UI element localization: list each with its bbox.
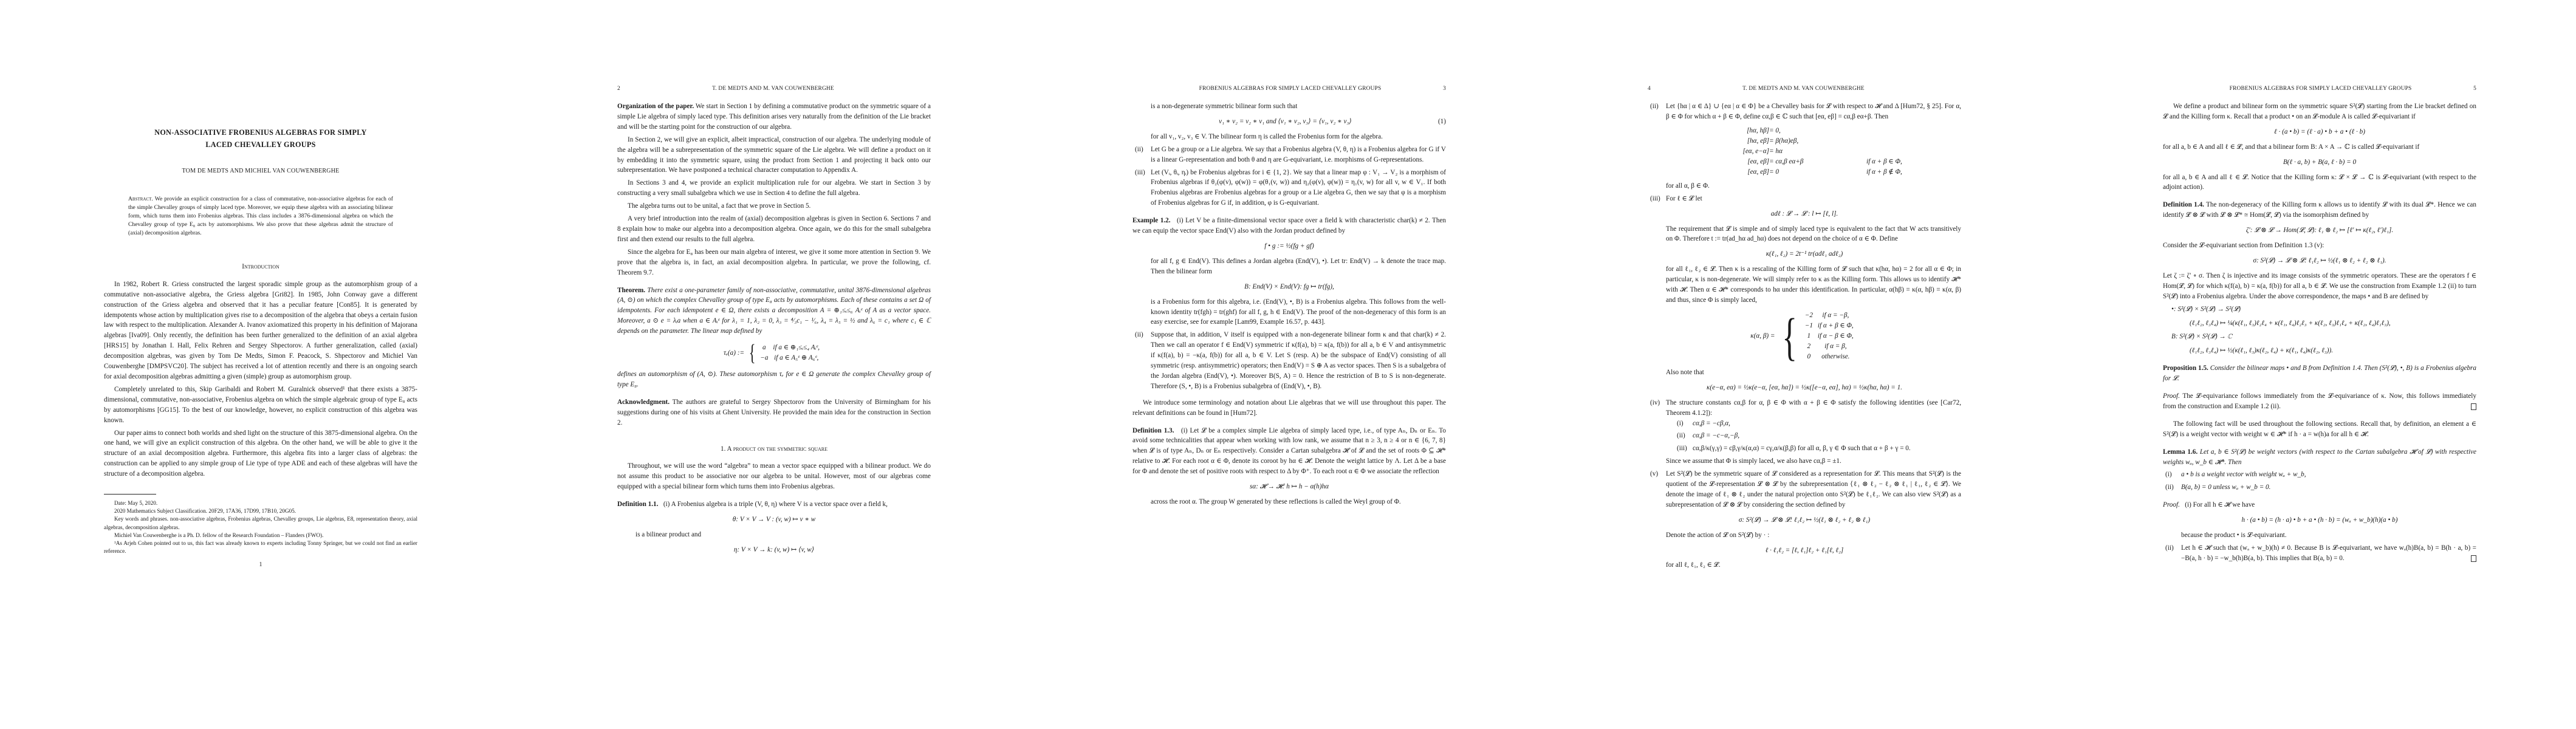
paragraph: The following fact will be used througho… [2163,419,2476,440]
proof: Proof. The 𝓛-equivariance follows immedi… [2163,391,2476,412]
paragraph: across the root α. The group W generated… [1132,497,1446,507]
lemma-label: Lemma 1.6. [2163,448,2197,456]
page-4: 4 T. DE MEDTS AND M. VAN COUWENBERGHE (i… [1546,0,2061,729]
equation-action: ℓ · ℓ₁ℓ₂ = [ℓ, ℓ₁]ℓ₂ + ℓ₁[ℓ, ℓ₂] [1648,546,1961,556]
item-text: The structure constants cα,β for α, β ∈ … [1666,399,1961,417]
list-item: (iii) For ℓ ∈ 𝓛 let [1648,194,1961,204]
theorem: Theorem. There exist a one-parameter fam… [617,286,931,337]
proof-text: For all h ∈ 𝓗 we have [2193,501,2255,508]
proof-label: Proof. [2163,392,2180,400]
list-item: (ii) Suppose that, in addition, V itself… [1132,330,1446,391]
relation-rhs: = 0, [1769,126,1842,136]
paragraph: Denote the action of 𝓛 on S²(𝓛) by · : [1648,530,1961,541]
list-item: (ii) Let {hα | α ∈ Δ} ∪ {eα | α ∈ Φ} be … [1648,101,1961,122]
list-item: (i) a • b is a weight vector with weight… [2163,470,2476,480]
paragraph: for all ℓ, ℓ₁, ℓ₂ ∈ 𝓛. [1648,560,1961,570]
run-in-heading: Organization of the paper. [617,103,694,110]
equation-jordan-product: f • g := ½(fg + gf) [1132,241,1446,252]
paragraph: Throughout, we will use the word “algebr… [617,461,931,492]
item-text: Let h ∈ 𝓗 such that (wₐ + w_b)(h) ≠ 0. B… [2181,544,2476,562]
paragraph: We define a product and bilinear form on… [2163,101,2476,122]
proposition-text: Consider the bilinear maps • and B from … [2163,364,2476,382]
paragraph: We introduce some terminology and notati… [1132,398,1446,419]
item-label: (ii) [1135,330,1143,340]
item-text: Let S²(𝓛) be the symmetric square of 𝓛 c… [1666,470,1961,508]
equation-zeta: ζ′: 𝓛 ⊗ 𝓛 → Hom(𝓛, 𝓛): ℓ₁ ⊗ ℓ₂ ↦ [ℓ′ ↦ κ… [2163,225,2476,236]
case-value: −2 [1805,310,1818,321]
item-label: (i) [1677,419,1684,429]
sub-list: (i)cα,β = −cβ,α, (ii)cα,β = −c−α,−β, (ii… [1674,419,1961,454]
example-label: Example 1.2. [1132,217,1171,224]
item-label: (i) [2185,501,2191,508]
equation-sigma: σ: S²(𝓛) → 𝓛 ⊗ 𝓛: ℓ₁ℓ₂ ↦ ½(ℓ₁ ⊗ ℓ₂ + ℓ₂ … [2163,256,2476,266]
theorem-text: There exist a one-parameter family of no… [617,287,931,335]
lemma-text: Let a, b ∈ S²(𝓛) be weight vectors (with… [2163,448,2476,466]
equation-equivariant-form: B(ℓ · a, b) + B(a, ℓ · b) = 0 [2163,157,2476,168]
proposition-1-5: Proposition 1.5. Consider the bilinear m… [2163,363,2476,384]
ack-label: Acknowledgment. [617,399,670,406]
item-text: a • b is a weight vector with weight wₐ … [2181,471,2306,478]
paragraph: is a non-degenerate symmetric bilinear f… [1132,101,1446,112]
abstract-text: We provide an explicit construction for … [128,196,393,236]
map-signature: •: S²(𝓛) × S²(𝓛) → S²(𝓛) [2171,304,2476,315]
paragraph: for all ℓ₁, ℓ₂ ∈ 𝓛. Then κ is a rescalin… [1648,264,1961,306]
map-formula: (ℓ₁ℓ₂, ℓ₃ℓ₄) ↦ ½(κ(ℓ₁, ℓ₃)κ(ℓ₂, ℓ₄) + κ(… [2171,346,2476,356]
theorem-continuation: defines an automorphism of (A, ⊙). These… [617,369,931,390]
definition-text: The non-degeneracy of the Killing form κ… [2163,201,2476,219]
item-text: Let (Vᵢ, θᵢ, ηᵢ) be Frobenius algebras f… [1151,169,1446,207]
acknowledgment: Acknowledgment. The authors are grateful… [617,397,931,428]
abstract-label: Abstract. [128,196,153,202]
definition-label: Definition 1.1. [617,501,658,508]
relation-lhs: [eα, eβ] [1696,157,1769,167]
map-bullet-definition: •: S²(𝓛) × S²(𝓛) → S²(𝓛) (ℓ₁ℓ₂, ℓ₃ℓ₄) ↦ … [2163,304,2476,357]
item-label: (ii) [2165,543,2174,553]
footnote-keywords: Key words and phrases. non-associative a… [104,515,417,531]
paragraph: for all v₁, v₂, v₃ ∈ V. The bilinear for… [1132,132,1446,142]
case-row: 0otherwise. [1805,352,1858,362]
definition-text: Let 𝓛 be a complex simple Lie algebra of… [1132,427,1446,476]
relation-condition: if α + β ∉ Φ, [1866,167,1902,177]
definition-1-1: Definition 1.1. (i) A Frobenius algebra … [617,499,931,510]
definition-label: Definition 1.3. [1132,427,1174,434]
proof-text: The 𝓛-equivariance follows immediately f… [2163,392,2476,410]
running-head: 4 T. DE MEDTS AND M. VAN COUWENBERGHE [1648,84,1961,92]
paragraph: because the product • is 𝓛-equivariant. [2163,530,2476,541]
paragraph: Also note that [1648,368,1961,378]
paragraph-organization: Organization of the paper. We start in S… [617,101,931,132]
item-text: cα,β = −c−α,−β, [1693,432,1739,439]
running-head: FROBENIUS ALGEBRAS FOR SIMPLY LACED CHEV… [1132,84,1446,92]
list-item: (ii) Let h ∈ 𝓗 such that (wₐ + w_b)(h) ≠… [2163,543,2476,564]
item-text: cα,β/κ(γ,γ) = cβ,γ/κ(α,α) = cγ,α/κ(β,β) … [1693,445,1911,452]
running-head: FROBENIUS ALGEBRAS FOR SIMPLY LACED CHEV… [2163,84,2476,92]
item-label: (i) [1177,217,1184,224]
section-heading-1: 1. A product on the symmetric square [617,444,931,454]
case-condition: if α − β ∈ Φ, [1818,331,1858,341]
paragraph: Since the algebra for E₈ has been our ma… [617,247,931,278]
equation-adjoint: adℓ : 𝓛 → 𝓛 : l ↦ [ℓ, l]. [1648,209,1961,219]
item-text: Let {hα | α ∈ Δ} ∪ {eα | α ∈ Φ} be a Che… [1666,103,1961,120]
case-row: aif a ∈ ⊕₁≤ᵢ≤₄ Aᵢᵉ, [760,343,824,353]
equation-number: (1) [1438,117,1446,127]
proof: Proof. (i) For all h ∈ 𝓗 we have [2163,500,2476,510]
paper-title-line-1: NON-ASSOCIATIVE FROBENIUS ALGEBRAS FOR S… [154,128,366,137]
case-value: 1 [1805,331,1818,341]
paragraph: for all a, b ∈ A and all ℓ ∈ 𝓛, and that… [2163,142,2476,152]
paragraph: The requirement that 𝓛 is simple and of … [1648,224,1961,245]
relation-rhs: = β(hα)eβ, [1769,136,1842,146]
list-item: (v) Let S²(𝓛) be the symmetric square of… [1648,469,1961,510]
case-condition: otherwise. [1818,352,1858,362]
definition-text: A Frobenius algebra is a triple (V, θ, η… [671,501,888,508]
paragraph: Completely unrelated to this, Skip Garib… [104,385,417,426]
case-condition: if α = β, [1818,341,1858,352]
page-5-text-column: FROBENIUS ALGEBRAS FOR SIMPLY LACED CHEV… [2163,84,2476,566]
paragraph: In 1982, Robert R. Griess constructed th… [104,279,417,382]
item-text: B(a, b) = 0 unless wₐ + w_b = 0. [2181,484,2270,491]
item-text: Suppose that, in addition, V itself is e… [1151,331,1446,390]
relation-row: [hα, hβ]= 0, [1696,126,1961,136]
case-condition: if α + β ∈ Φ, [1818,321,1858,331]
page-number: 3 [1443,84,1446,92]
list-item: (iii) Let (Vᵢ, θᵢ, ηᵢ) be Frobenius alge… [1132,168,1446,209]
definition-continuation: is a bilinear product and [617,530,931,540]
equation-section-sigma: σ: S²(𝓛) → 𝓛 ⊗ 𝓛: ℓ₁ℓ₂ ↦ ½(ℓ₁ ⊗ ℓ₂ + ℓ₂ … [1648,515,1961,525]
item-label: (ii) [2165,482,2174,493]
paragraph: for all α, β ∈ Φ. [1648,181,1961,191]
section-heading-introduction: Introduction [104,262,417,272]
paragraph: The algebra turns out to be unital, a fa… [617,201,931,211]
case-condition: if a ∈ A₅ᵉ ⊕ A₆ᵉ, [773,353,824,363]
paper-title-line-2: LACED CHEVALLEY GROUPS [205,140,315,149]
case-condition: if a ∈ ⊕₁≤ᵢ≤₄ Aᵢᵉ, [773,343,824,353]
footnote-1: ¹As Arjeh Cohen pointed out to us, this … [104,539,417,555]
piecewise-definition: τₑ(a) := { aif a ∈ ⊕₁≤ᵢ≤₄ Aᵢᵉ, −aif a ∈ … [724,341,824,364]
paragraph: Let ζ := ζ′ ∘ σ. Then ζ is injective and… [2163,271,2476,302]
case-value: a [760,343,773,353]
case-value: −1 [1805,321,1818,331]
running-head-authors: T. DE MEDTS AND M. VAN COUWENBERGHE [1651,84,1956,92]
relation-row: [eα, eβ]= 0if α + β ∉ Φ, [1696,167,1961,177]
item-text: Since we assume that Φ is simply laced, … [1666,457,1841,465]
relation-lhs: [eα, e−α] [1696,146,1769,157]
paragraph: for all a, b ∈ A and all ℓ ∈ 𝓛. Notice t… [2163,173,2476,193]
item-label: (i) [663,501,670,508]
relation-condition: if α + β ∈ Φ, [1866,157,1902,167]
relation-row: [hα, eβ]= β(hα)eβ, [1696,136,1961,146]
sub-list-item: (ii)cα,β = −c−α,−β, [1674,431,1961,441]
equation-text: v₁ ∗ v₂ = v₂ ∗ v₁ and ⟨v₁ ∗ v₂, v₃⟩ = ⟨v… [1219,118,1352,125]
case-row: −aif a ∈ A₅ᵉ ⊕ A₆ᵉ, [760,353,824,363]
page-5: FROBENIUS ALGEBRAS FOR SIMPLY LACED CHEV… [2061,0,2576,729]
case-value: 0 [1805,352,1818,362]
case-lhs: τₑ(a) := [724,348,744,358]
theorem-display-equation: τₑ(a) := { aif a ∈ ⊕₁≤ᵢ≤₄ Aᵢᵉ, −aif a ∈ … [617,341,931,364]
qed-square-icon [2471,403,2476,410]
case-condition: if α = −β, [1818,310,1858,321]
case-value: 2 [1805,341,1818,352]
equation-1: (1) v₁ ∗ v₂ = v₂ ∗ v₁ and ⟨v₁ ∗ v₂, v₃⟩ … [1132,117,1446,127]
footnote-msc: 2020 Mathematics Subject Classification.… [104,507,417,515]
chevalley-relations: [hα, hβ]= 0, [hα, eβ]= β(hα)eβ, [eα, e−α… [1696,126,1961,177]
cases-table: aif a ∈ ⊕₁≤ᵢ≤₄ Aᵢᵉ, −aif a ∈ A₅ᵉ ⊕ A₆ᵉ, [760,343,824,363]
proof-label: Proof. [2163,501,2180,508]
proposition-label: Proposition 1.5. [2163,364,2208,372]
page-3: FROBENIUS ALGEBRAS FOR SIMPLY LACED CHEV… [1030,0,1546,729]
page-4-text-column: 4 T. DE MEDTS AND M. VAN COUWENBERGHE (i… [1648,84,1961,573]
relation-row: [eα, eβ]= cα,β eα+βif α + β ∈ Φ, [1696,157,1961,167]
abstract: Abstract. We provide an explicit constru… [128,195,393,238]
sub-list-item: (iii)cα,β/κ(γ,γ) = cβ,γ/κ(α,α) = cγ,α/κ(… [1674,443,1961,454]
paragraph: In Section 2, we will give an explicit, … [617,135,931,176]
equation-equivariant-product: ℓ · (a • b) = (ℓ · a) • b + a • (ℓ · b) [2163,127,2476,137]
item-label: (iv) [1650,398,1660,408]
relation-lhs: [eα, eβ] [1696,167,1769,177]
running-head: 2 T. DE MEDTS AND M. VAN COUWENBERGHE [617,84,931,92]
map-formula: (ℓ₁ℓ₂, ℓ₃ℓ₄) ↦ ¼(κ(ℓ₁, ℓ₃)ℓ₂ℓ₄ + κ(ℓ₁, ℓ… [2171,318,2476,329]
running-head-title: FROBENIUS ALGEBRAS FOR SIMPLY LACED CHEV… [2168,84,2473,92]
qed-square-icon [2471,555,2476,562]
footnote-funding: Michiel Van Couwenberghe is a Ph. D. fel… [104,532,417,539]
lemma-1-6: Lemma 1.6. Let a, b ∈ S²(𝓛) be weight ve… [2163,447,2476,468]
equation-eta: η: V × V → k: (v, w) ↦ ⟨v, w⟩ [617,545,931,555]
equation-killing-form: κ(ℓ₁, ℓ₂) = 2t⁻¹ tr(adℓ₁ adℓ₂) [1648,249,1961,259]
item-label: (iii) [1135,168,1145,178]
page-1: NON-ASSOCIATIVE FROBENIUS ALGEBRAS FOR S… [0,0,515,729]
equation-theta: θ: V × V → V : (v, w) ↦ v ∗ w [617,515,931,525]
running-head-title: FROBENIUS ALGEBRAS FOR SIMPLY LACED CHEV… [1137,84,1443,92]
relation-rhs: = hα [1769,146,1842,157]
left-brace-icon: { [749,341,756,364]
case-row: −1if α + β ∈ Φ, [1805,321,1858,331]
relation-rhs: = cα,β eα+β [1769,157,1842,167]
case-row: −2if α = −β, [1805,310,1858,321]
page-3-text-column: FROBENIUS ALGEBRAS FOR SIMPLY LACED CHEV… [1132,84,1446,510]
case-value: −a [760,353,773,363]
page-2-text-column: 2 T. DE MEDTS AND M. VAN COUWENBERGHE Or… [617,84,931,560]
item-text: Let G be a group or a Lie algebra. We sa… [1151,146,1446,163]
item-label: (ii) [1135,145,1143,155]
relation-lhs: [hα, hβ] [1696,126,1769,136]
item-label: (ii) [1677,431,1685,441]
case-row: 1if α − β ∈ Φ, [1805,331,1858,341]
case-row: 2if α = β, [1805,341,1858,352]
running-head-authors: T. DE MEDTS AND M. VAN COUWENBERGHE [620,84,926,92]
relation-rhs: = 0 [1769,167,1842,177]
equation-weight: h · (a • b) = (h · a) • b + a • (h · b) … [2163,515,2476,525]
paper-title: NON-ASSOCIATIVE FROBENIUS ALGEBRAS FOR S… [104,126,417,151]
item-text: For ℓ ∈ 𝓛 let [1666,195,1702,202]
paragraph: for all f, g ∈ End(V). This defines a Jo… [1132,256,1446,277]
definition-1-4: Definition 1.4. The non-degeneracy of th… [2163,200,2476,221]
page-number: 1 [104,560,417,570]
cases-table: −2if α = −β, −1if α + β ∈ Φ, 1if α − β ∈… [1805,310,1858,362]
paragraph: is a Frobenius form for this algebra, i.… [1132,297,1446,328]
item-label: (i) [2165,470,2172,480]
item-label: (ii) [1650,101,1659,112]
equation-reflection: sα: 𝓗 → 𝓗: h ↦ h − α(h)hα [1132,482,1446,492]
paragraph: Our paper aims to connect both worlds an… [104,428,417,480]
paragraph: A very brief introduction into the realm… [617,214,931,245]
case-lhs: κ(α, β) = [1750,331,1775,341]
author-list: TOM DE MEDTS AND MICHIEL VAN COUWENBERGH… [104,166,417,177]
list-item: (ii) B(a, b) = 0 unless wₐ + w_b = 0. [2163,482,2476,493]
definition-1-3: Definition 1.3. (i) Let 𝓛 be a complex s… [1132,426,1446,477]
definition-label: Definition 1.4. [2163,201,2204,208]
paragraph: Consider the 𝓛-equivariant section from … [2163,241,2476,251]
item-label: (v) [1650,469,1658,479]
example-1-2: Example 1.2. (i) Let V be a finite-dimen… [1132,216,1446,236]
footnote-rule [104,494,156,495]
left-brace-icon: { [1783,310,1798,363]
item-text: cα,β = −cβ,α, [1693,420,1730,427]
relation-row: [eα, e−α]= hα [1696,146,1961,157]
item-label: (i) [1181,427,1188,434]
page-2: 2 T. DE MEDTS AND M. VAN COUWENBERGHE Or… [515,0,1030,729]
map-signature: B: S²(𝓛) × S²(𝓛) → ℂ [2171,332,2476,342]
relation-lhs: [hα, eβ] [1696,136,1769,146]
item-label: (iii) [1650,194,1660,204]
theorem-label: Theorem. [617,287,645,294]
item-label: (iii) [1677,443,1687,454]
sub-list-item: (i)cα,β = −cβ,α, [1674,419,1961,429]
page-1-text-column: NON-ASSOCIATIVE FROBENIUS ALGEBRAS FOR S… [104,126,417,570]
equation-trace-form: B: End(V) × End(V): fg ↦ tr(fg), [1132,282,1446,292]
paragraph: In Sections 3 and 4, we provide an expli… [617,178,931,199]
page-number: 5 [2473,84,2476,92]
list-item: (ii) Let G be a group or a Lie algebra. … [1132,145,1446,165]
equation-kappa-identity: κ(e−α, eα) = ½κ(e−α, [eα, hα]) = ½κ([e−α… [1648,383,1961,393]
list-item: (iv) The structure constants cα,β for α,… [1648,398,1961,467]
killing-form-cases: κ(α, β) = { −2if α = −β, −1if α + β ∈ Φ,… [1648,310,1961,363]
footnote-date: Date: May 5, 2020. [104,499,417,507]
piecewise-definition: κ(α, β) = { −2if α = −β, −1if α + β ∈ Φ,… [1750,310,1858,363]
